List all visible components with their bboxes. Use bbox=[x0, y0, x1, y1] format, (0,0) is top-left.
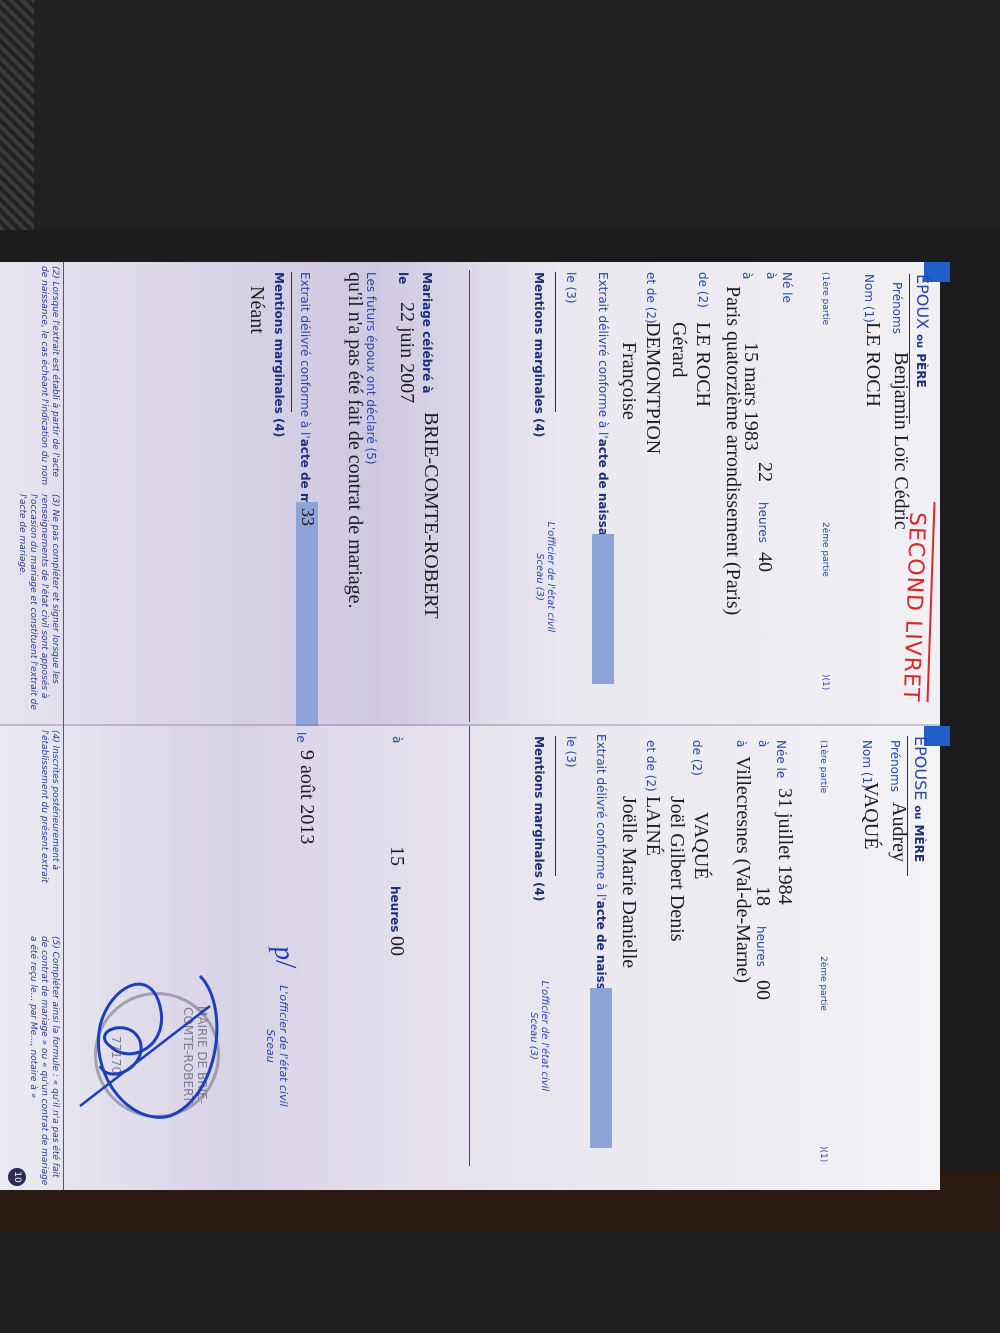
heures-label: heures bbox=[754, 926, 768, 967]
epoux-mere-prenom: Françoise bbox=[617, 342, 640, 420]
mentions-label: Mentions marginales (4) bbox=[532, 736, 546, 901]
partie2-label: 2ème partie bbox=[820, 522, 830, 577]
officier-label: L'officier de l'état civil bbox=[539, 956, 550, 1116]
footnote-5: (5) Compléter ainsi la formule : « qu'il… bbox=[27, 936, 60, 1186]
epouse-lieu-naissance: Villecresnes (Val-de-Marne) bbox=[731, 756, 754, 983]
extrait-label: Extrait délivré conforme à l' bbox=[594, 734, 608, 901]
extrait-label: Extrait délivré conforme à l' bbox=[596, 272, 610, 439]
mariage-le-label: le bbox=[396, 272, 410, 284]
extrait-date: 9 août 2013 bbox=[295, 750, 318, 844]
epoux-pere-prenom: Gérard bbox=[667, 322, 690, 378]
section-separator bbox=[469, 270, 470, 722]
extrait-le-label: le bbox=[294, 732, 308, 743]
epoux-header: ÉPOUX ou PÈRE bbox=[913, 274, 932, 388]
epoux-pere-nom: LE ROCH bbox=[691, 322, 714, 407]
declaration-text: qu'il n'a pas été fait de contrat de mar… bbox=[343, 272, 366, 609]
epouse-header: ÉPOUSE ou MÈRE bbox=[911, 736, 930, 862]
sceau-label: Sceau (3) bbox=[534, 502, 545, 652]
epouse-header-main: ÉPOUSE bbox=[911, 736, 930, 800]
epoux-heure: 22 bbox=[753, 462, 776, 482]
epouse-pere-nom: VAQUÉ bbox=[689, 812, 712, 879]
extrait-mariage-label: Extrait délivré conforme à l' bbox=[298, 272, 312, 439]
annotation-second-livret: SECOND LIVRET bbox=[898, 512, 930, 703]
epouse-acte-naissance-numero-field[interactable] bbox=[590, 988, 612, 1148]
partie2-label: 2ème partie bbox=[818, 956, 828, 1011]
mariage-a-label: à bbox=[390, 736, 404, 743]
epouse-pere-prenom: Joël Gilbert Denis bbox=[665, 796, 688, 942]
epouse-mere-nom: LAINÉ bbox=[641, 796, 664, 856]
livret-de-famille: ÉPOUX ou PÈRE SECOND LIVRET Prénoms Benj… bbox=[0, 0, 1000, 1333]
epouse-header-ou: ou bbox=[912, 805, 923, 819]
epouse-date-naissance: 31 juillet 1984 bbox=[773, 788, 796, 905]
partie-close: )(1) bbox=[818, 1146, 828, 1162]
mentions-underline bbox=[555, 272, 556, 412]
mariage-heures-label: heures bbox=[388, 886, 402, 932]
a-label: à bbox=[764, 272, 778, 279]
section-separator bbox=[469, 726, 470, 1166]
mentions-underline bbox=[555, 736, 556, 876]
prenoms-label: Prénoms bbox=[890, 282, 904, 334]
footnote-4: (4) Inscrites postérieurement à l'établi… bbox=[38, 730, 60, 930]
epouse-heure: 18 bbox=[751, 886, 774, 906]
a-label: à bbox=[756, 740, 770, 747]
page-epouse: ÉPOUSE ou MÈRE Prénoms Audrey Nom (1) VA… bbox=[0, 726, 940, 1190]
le-label: le (3) bbox=[564, 272, 578, 304]
page-number: 10 bbox=[8, 1168, 26, 1186]
epoux-nom: LE ROCH bbox=[861, 322, 884, 407]
footnote-3: (3) Ne pas compléter et signer lorsque l… bbox=[16, 494, 60, 724]
partie1-label: (1ère partie bbox=[820, 272, 830, 325]
extrait-naissance-line: Extrait délivré conforme à l'acte de nai… bbox=[594, 272, 612, 579]
epoux-header-pere: PÈRE bbox=[914, 353, 928, 387]
sceau-label: Sceau (3) bbox=[528, 956, 539, 1116]
epoux-mere-nom: DEMONTPION bbox=[641, 322, 664, 454]
lieu-label: à bbox=[734, 740, 748, 747]
epouse-prenoms: Audrey bbox=[887, 802, 910, 862]
le-label: le (3) bbox=[564, 736, 578, 768]
partie-close: )(1) bbox=[820, 674, 830, 690]
officier-signature bbox=[70, 946, 240, 1146]
mariage-celebre-label: Mariage célébré à bbox=[420, 272, 434, 394]
epoux-header-ou: ou bbox=[914, 334, 925, 348]
mariage-sceau-label: Sceau bbox=[264, 966, 277, 1126]
et-de-label: et de (2) bbox=[644, 272, 658, 324]
mentions-value: Néant bbox=[245, 286, 268, 334]
footnote-2: (2) Lorsque l'extrait est établi à parti… bbox=[38, 266, 60, 486]
mariage-lieu: BRIE-COMTE-ROBERT bbox=[419, 412, 442, 619]
nom-label: Nom (1) bbox=[862, 274, 876, 323]
mariage-mentions-underline bbox=[291, 272, 292, 412]
declare-label: Les futurs époux ont déclaré (5) bbox=[364, 272, 378, 465]
officier-block: L'officier de l'état civil Sceau (3) bbox=[534, 502, 556, 652]
footnote-separator bbox=[63, 262, 64, 726]
epouse-header-mere: MÈRE bbox=[912, 825, 926, 863]
footnote-separator bbox=[63, 726, 64, 1190]
et-de-label: et de (2) bbox=[644, 740, 658, 792]
mariage-heure: 15 bbox=[385, 846, 408, 866]
booklet-spread: ÉPOUX ou PÈRE SECOND LIVRET Prénoms Benj… bbox=[0, 262, 940, 1190]
ne-le-label: Né le bbox=[780, 272, 794, 303]
epoux-header-main: ÉPOUX bbox=[913, 274, 932, 329]
mariage-mentions-label: Mentions marginales (4) bbox=[272, 272, 286, 437]
heures-label: heures bbox=[756, 502, 770, 543]
epoux-acte-naissance-numero-field[interactable] bbox=[592, 534, 614, 684]
epouse-mere-prenom: Joëlle Marie Danielle bbox=[617, 796, 640, 968]
mariage-minutes: 00 bbox=[385, 936, 408, 956]
partie1-label: (1ère partie bbox=[818, 740, 828, 793]
de-label: de (2) bbox=[690, 740, 704, 776]
epouse-nom: VAQUÉ bbox=[859, 782, 882, 849]
mariage-officier-label: L'officier de l'état civil bbox=[277, 966, 290, 1126]
mentions-label: Mentions marginales (4) bbox=[532, 272, 546, 437]
officier-block: L'officier de l'état civil Sceau (3) bbox=[528, 956, 550, 1116]
acte-mariage-numero-field[interactable]: 33 bbox=[296, 502, 318, 726]
mariage-officier-block: L'officier de l'état civil Sceau bbox=[264, 966, 290, 1126]
epoux-prenoms: Benjamin Loïc Cédric bbox=[889, 352, 912, 530]
epoux-minutes: 40 bbox=[753, 552, 776, 572]
epoux-lieu-naissance: Paris quatorzième arrondissement (Paris) bbox=[721, 286, 744, 615]
de-label: de (2) bbox=[696, 272, 710, 308]
lieu-label: à bbox=[740, 272, 754, 279]
nee-le-label: Née le bbox=[774, 740, 788, 778]
mariage-date: 22 juin 2007 bbox=[395, 302, 418, 403]
page-epoux: ÉPOUX ou PÈRE SECOND LIVRET Prénoms Benj… bbox=[0, 262, 940, 726]
epouse-minutes: 00 bbox=[751, 980, 774, 1000]
prenoms-label: Prénoms bbox=[888, 740, 902, 792]
officier-label: L'officier de l'état civil bbox=[545, 502, 556, 652]
